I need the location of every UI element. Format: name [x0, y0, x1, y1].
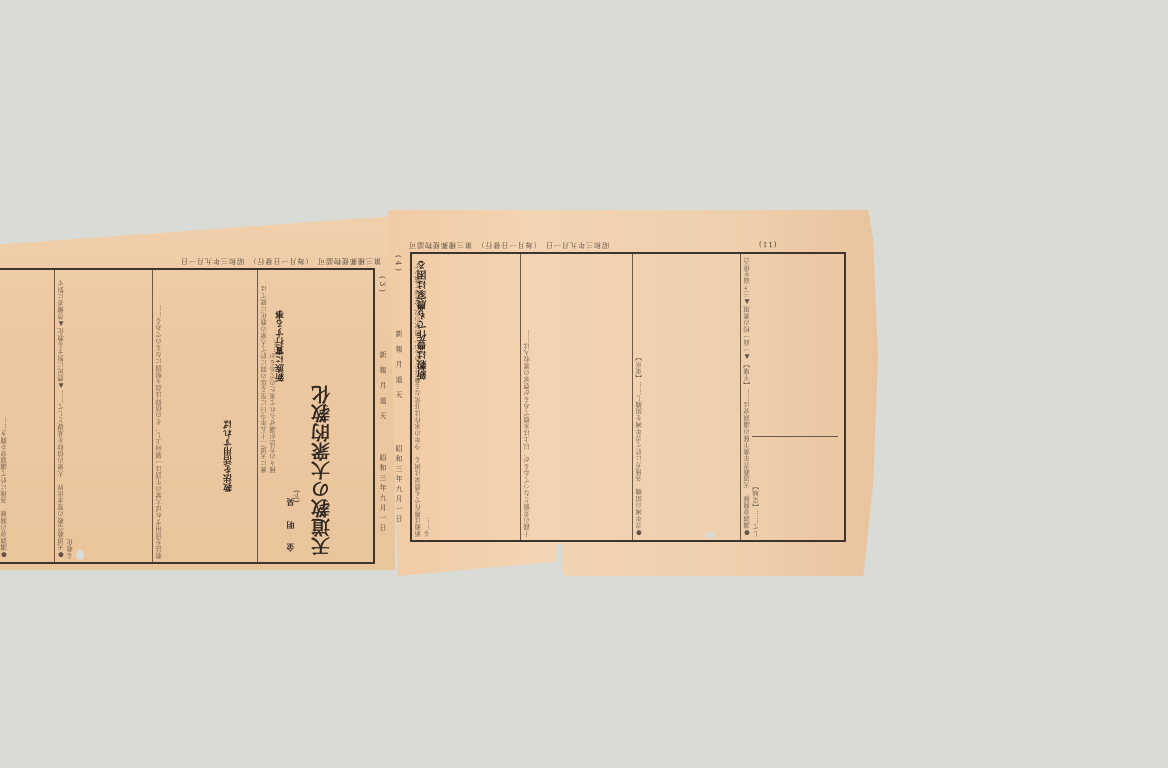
- author-name: 金 明 昊: [284, 492, 295, 552]
- publication-title: 新 報 月 道 天: [394, 330, 404, 401]
- paper-tear: [556, 544, 562, 574]
- publication-title: 新 報 月 道 天: [378, 351, 388, 422]
- text-column: ●天道教宗教の要求世界 大衆の信仰を基礎として……▲農民に對する教化▲勞働者に對…: [54, 270, 152, 562]
- running-header: 第三種郵便物認可 （毎月一日發行） 昭和三年九月一日: [180, 256, 381, 266]
- paper-tear: [706, 532, 715, 539]
- text-column: 十錢の差額となつてゐるが、以上は米價であるが農家の實收入は……: [520, 254, 632, 540]
- newspaper-page-right: 昭和三年九月一日 （毎月一日發行） 第三種郵便物認可 (11) (4) 新 報 …: [388, 210, 878, 576]
- page-number: (3): [378, 276, 386, 295]
- article-headline: 新穀は豊作でも農家は困る: [416, 260, 431, 380]
- publication-date: 昭和三年九月一日: [394, 445, 404, 525]
- publication-date: 昭和三年九月一日: [378, 454, 388, 534]
- page-frame: ●講演會の開催 各地に於て講演會を開き…… ●天道教宗教の要求世界 大衆の信仰を…: [0, 268, 375, 564]
- text-column: ●講演會の開催 各地に於て講演會を開き……: [0, 270, 54, 562]
- paper-tear: [76, 550, 84, 560]
- text-column: ●講演會開催 天道教青年黨主催の講演會は……【平壤】▲一面一校の實現▲三ヶ面を併…: [740, 254, 844, 540]
- page-number: (4): [394, 255, 402, 274]
- text-column: ●青年團の組織 各地方に於て青年團を組織し……【東京】: [632, 254, 740, 540]
- corner-number: (11): [758, 240, 776, 248]
- text-column: 新穀は豊作でも農家は困る 今年の米作は非常なる豊作であるが、農家の收入は却て減少…: [412, 254, 520, 540]
- page-frame: 新穀は豊作でも農家は困る 今年の米作は非常なる豊作であるが、農家の收入は却て減少…: [410, 252, 846, 542]
- subheading: 新族に實行する事: [274, 310, 287, 382]
- running-header: 昭和三年九月一日 （毎月一日發行） 第三種郵便物認可: [408, 240, 609, 250]
- subheading: 教法を活用すれば: [222, 420, 235, 492]
- text-column: 教法を活用すれば大衆の生活は一層向上し、その信仰は益々堅固になるのである……: [152, 270, 257, 562]
- newspaper-page-left: 第三種郵便物認可 （毎月一日發行） 昭和三年九月一日 ●講演會の開催 各地に於て…: [0, 216, 395, 570]
- article-headline: 天道教の大衆的教化: [308, 385, 335, 556]
- column-divider: [752, 436, 838, 437]
